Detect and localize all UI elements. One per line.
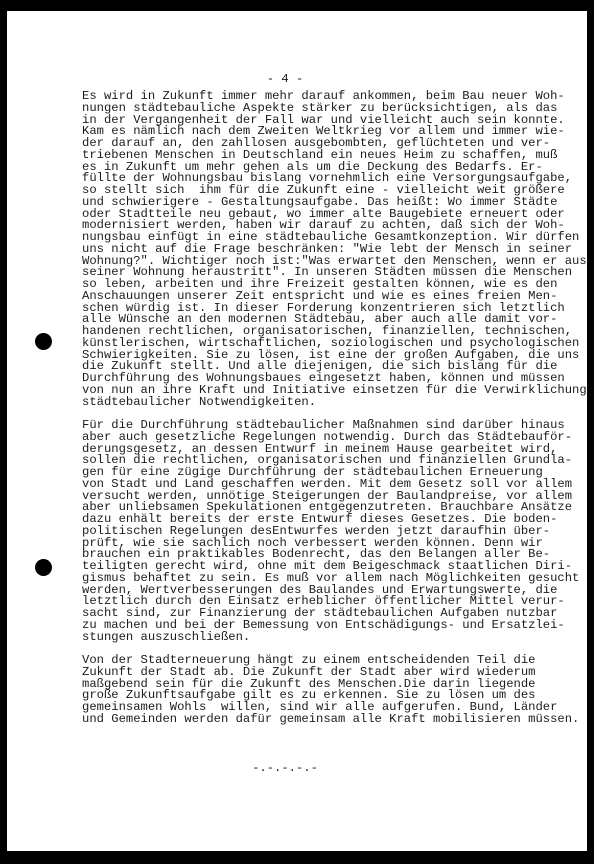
- page-number: - 4 -: [7, 72, 563, 86]
- punch-hole-icon: [35, 333, 52, 350]
- text-line: stungen auszuschließen.: [82, 632, 572, 644]
- text-line: städtebaulicher Notwendigkeiten.: [82, 397, 572, 409]
- document-page: - 4 - Es wird in Zukunft immer mehr dara…: [7, 11, 587, 851]
- closing-mark: -.-.-.-.-: [7, 761, 563, 775]
- paragraph-3: Von der Stadterneuerung hängt zu einem e…: [82, 655, 572, 726]
- text-line: und Gemeinden werden dafür gemeinsam all…: [82, 714, 572, 726]
- paragraph-2: Für die Durchführung städtebaulicher Maß…: [82, 420, 572, 643]
- punch-hole-icon: [35, 559, 52, 576]
- paragraph-1: Es wird in Zukunft immer mehr darauf ank…: [82, 91, 572, 408]
- body-text: Es wird in Zukunft immer mehr darauf ank…: [82, 91, 572, 737]
